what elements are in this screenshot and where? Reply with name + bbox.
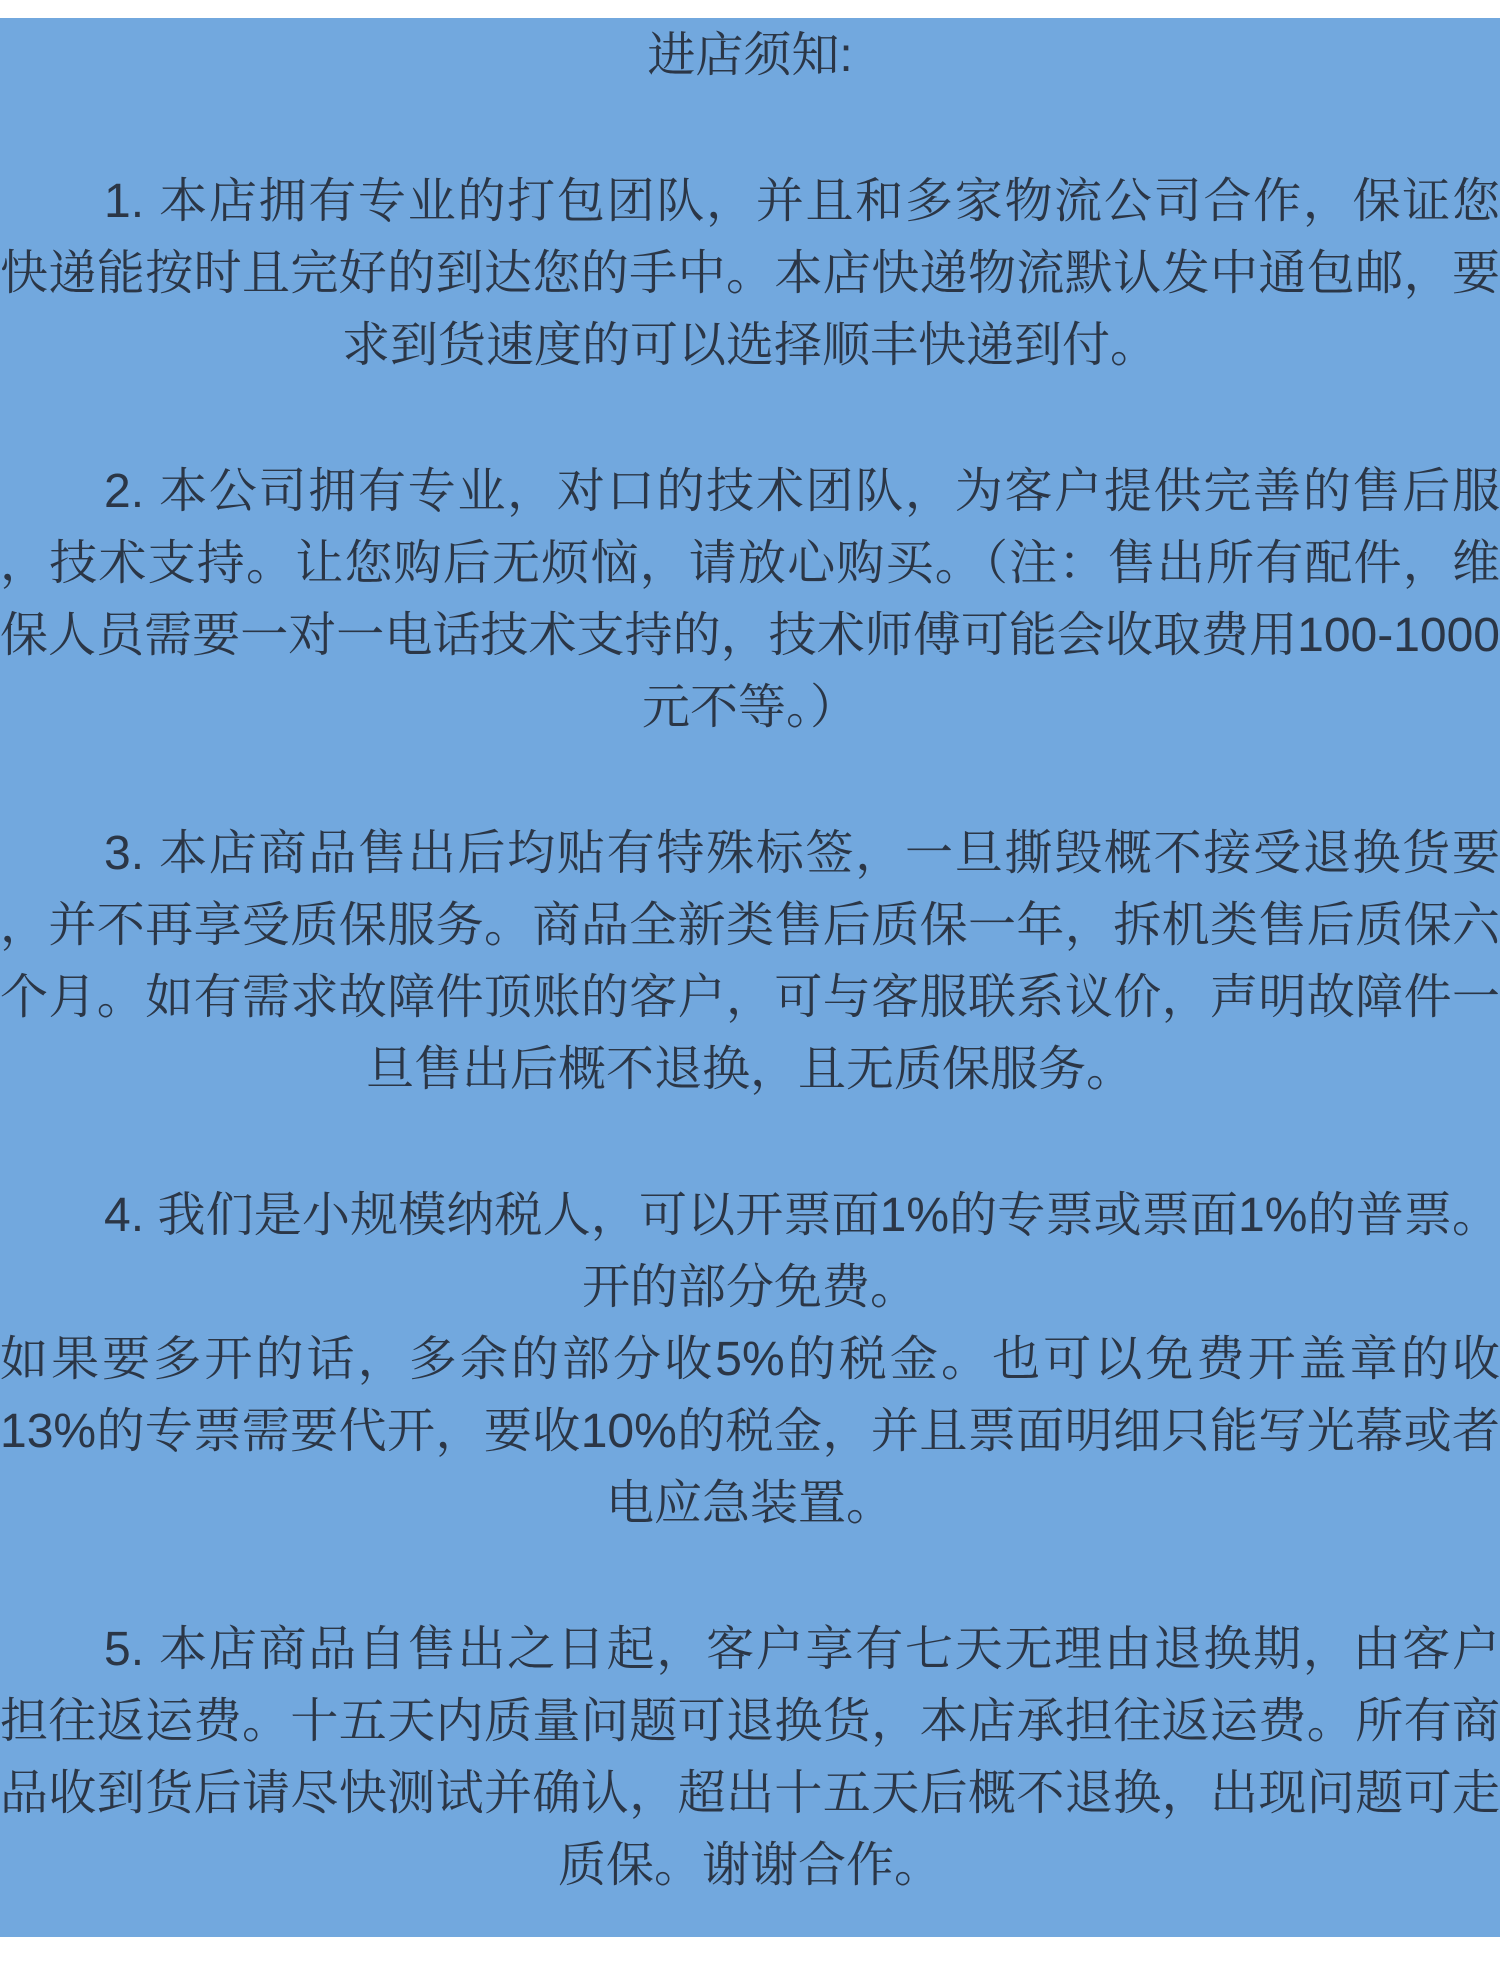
notice-panel: 进店须知: 1. 本店拥有专业的打包团队，并且和多家物流公司合作，保证您的快递能…	[0, 18, 1500, 1937]
text-line: 1. 本店拥有专业的打包团队，并且和多家物流公司合作，保证您的	[0, 166, 1500, 238]
paragraph-spacer	[0, 1106, 1500, 1180]
notice-paragraph: 2. 本公司拥有专业，对口的技术团队，为客户提供完善的售后服务，技术支持。让您购…	[0, 456, 1500, 744]
text-line: 4. 我们是小规模纳税人，可以开票面1%的专票或票面1%的普票。实	[0, 1180, 1500, 1252]
text-line: 5. 本店商品自售出之日起，客户享有七天无理由退换期，由客户承	[0, 1614, 1500, 1686]
text-line: 元不等。）	[0, 672, 1500, 744]
text-line: 个月。如有需求故障件顶账的客户，可与客服联系议价，声明故障件一	[0, 962, 1500, 1034]
text-line: 质保。谢谢合作。	[0, 1830, 1500, 1902]
text-line: 3. 本店商品售出后均贴有特殊标签，一旦撕毁概不接受退换货要求	[0, 818, 1500, 890]
text-line: ，技术支持。让您购后无烦恼，请放心购买。（注：售出所有配件，维	[0, 528, 1500, 600]
bottom-margin-strip	[0, 1937, 1500, 1964]
page-title: 进店须知:	[0, 20, 1500, 92]
paragraph-spacer	[0, 1540, 1500, 1614]
paragraph-spacer	[0, 744, 1500, 818]
notice-paragraph: 4. 我们是小规模纳税人，可以开票面1%的专票或票面1%的普票。实开的部分免费。…	[0, 1180, 1500, 1540]
notice-body: 1. 本店拥有专业的打包团队，并且和多家物流公司合作，保证您的快递能按时且完好的…	[0, 92, 1500, 1902]
text-line: 2. 本公司拥有专业，对口的技术团队，为客户提供完善的售后服务	[0, 456, 1500, 528]
text-line: 担往返运费。十五天内质量问题可退换货，本店承担往返运费。所有商	[0, 1686, 1500, 1758]
text-line: 快递能按时且完好的到达您的手中。本店快递物流默认发中通包邮，要	[0, 238, 1500, 310]
text-line: 开的部分免费。	[0, 1252, 1500, 1324]
text-line: ，并不再享受质保服务。商品全新类售后质保一年，拆机类售后质保六	[0, 890, 1500, 962]
text-line: 求到货速度的可以选择顺丰快递到付。	[0, 310, 1500, 382]
notice-paragraph: 5. 本店商品自售出之日起，客户享有七天无理由退换期，由客户承担往返运费。十五天…	[0, 1614, 1500, 1902]
text-line: 品收到货后请尽快测试并确认，超出十五天后概不退换，出现问题可走	[0, 1758, 1500, 1830]
notice-paragraph: 3. 本店商品售出后均贴有特殊标签，一旦撕毁概不接受退换货要求，并不再享受质保服…	[0, 818, 1500, 1106]
text-line: 保人员需要一对一电话技术支持的，技术师傅可能会收取费用100-1000	[0, 600, 1500, 672]
paragraph-spacer	[0, 92, 1500, 166]
text-line: 旦售出后概不退换，且无质保服务。	[0, 1034, 1500, 1106]
notice-paragraph: 1. 本店拥有专业的打包团队，并且和多家物流公司合作，保证您的快递能按时且完好的…	[0, 166, 1500, 382]
text-line: 如果要多开的话，多余的部分收5%的税金。也可以免费开盖章的收据。	[0, 1324, 1500, 1396]
paragraph-spacer	[0, 382, 1500, 456]
text-line: 13%的专票需要代开，要收10%的税金，并且票面明细只能写光幕或者停	[0, 1396, 1500, 1468]
text-line: 电应急装置。	[0, 1468, 1500, 1540]
top-margin-strip	[0, 0, 1500, 18]
